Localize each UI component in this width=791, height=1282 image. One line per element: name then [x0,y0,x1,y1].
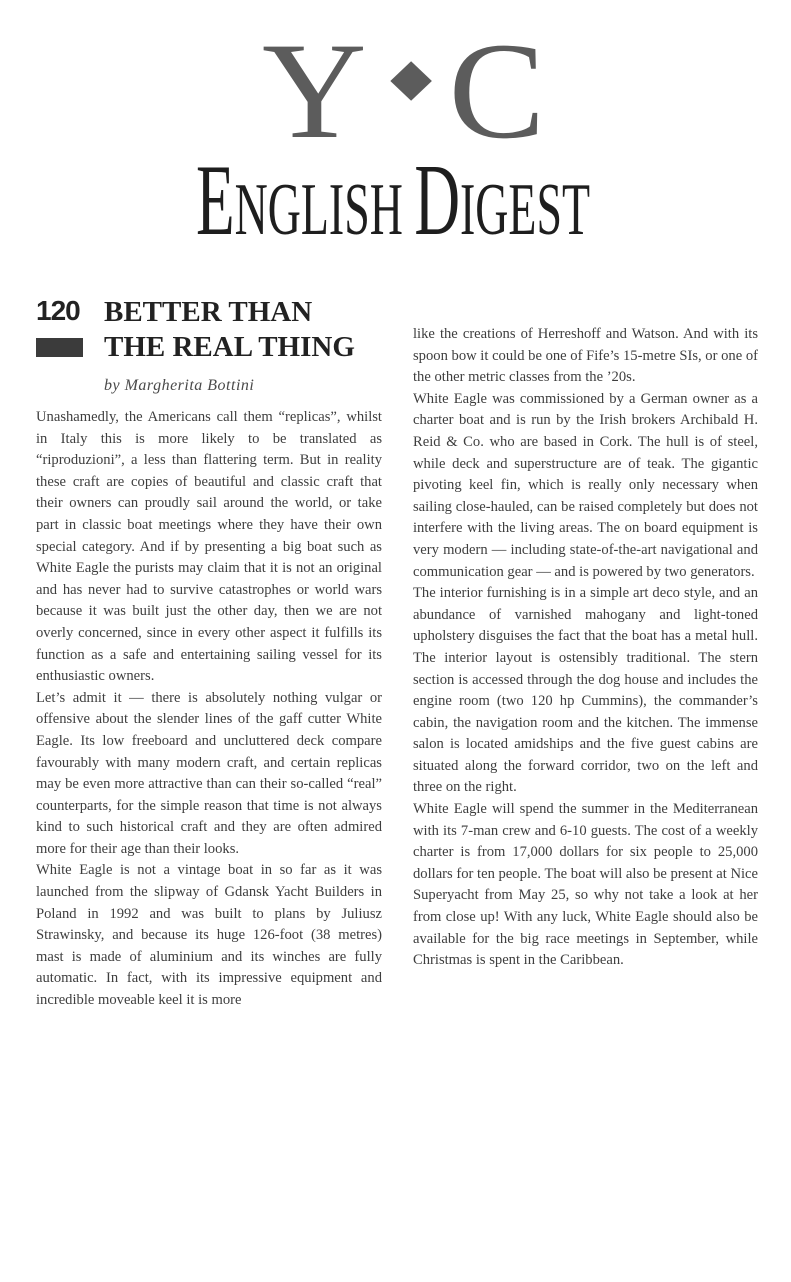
paragraph: Unashamedly, the Americans call them “re… [36,407,382,688]
logo-cap-d: D [414,144,460,257]
logo-cap-e: E [196,144,235,257]
page-number: 120 [36,295,80,327]
masthead: YC ENGLISH DIGEST [0,0,791,270]
logo-word-english: NGLISH [235,169,415,251]
byline: by Margherita Bottini [104,377,254,395]
logo-yc: YC [262,22,547,160]
left-column: Unashamedly, the Americans call them “re… [36,407,382,1012]
paragraph: Let’s admit it — there is absolutely not… [36,688,382,861]
diamond-icon [390,61,432,101]
title-line-2: THE REAL THING [104,330,355,365]
page-number-bar [36,338,83,357]
paragraph: White Eagle will spend the summer in the… [413,799,758,972]
paragraph: White Eagle was commissioned by a German… [413,389,758,583]
logo-letter-c: C [449,14,548,167]
logo-english-digest: ENGLISH DIGEST [196,150,590,252]
right-column: like the creations of Herreshoff and Wat… [413,324,758,972]
paragraph: The interior furnishing is in a simple a… [413,583,758,799]
paragraph: like the creations of Herreshoff and Wat… [413,324,758,389]
logo-word-digest: IGEST [460,169,590,251]
title-line-1: BETTER THAN [104,295,355,330]
article-title: BETTER THAN THE REAL THING [104,295,355,365]
paragraph: White Eagle is not a vintage boat in so … [36,860,382,1011]
logo-letter-y: Y [262,14,369,167]
